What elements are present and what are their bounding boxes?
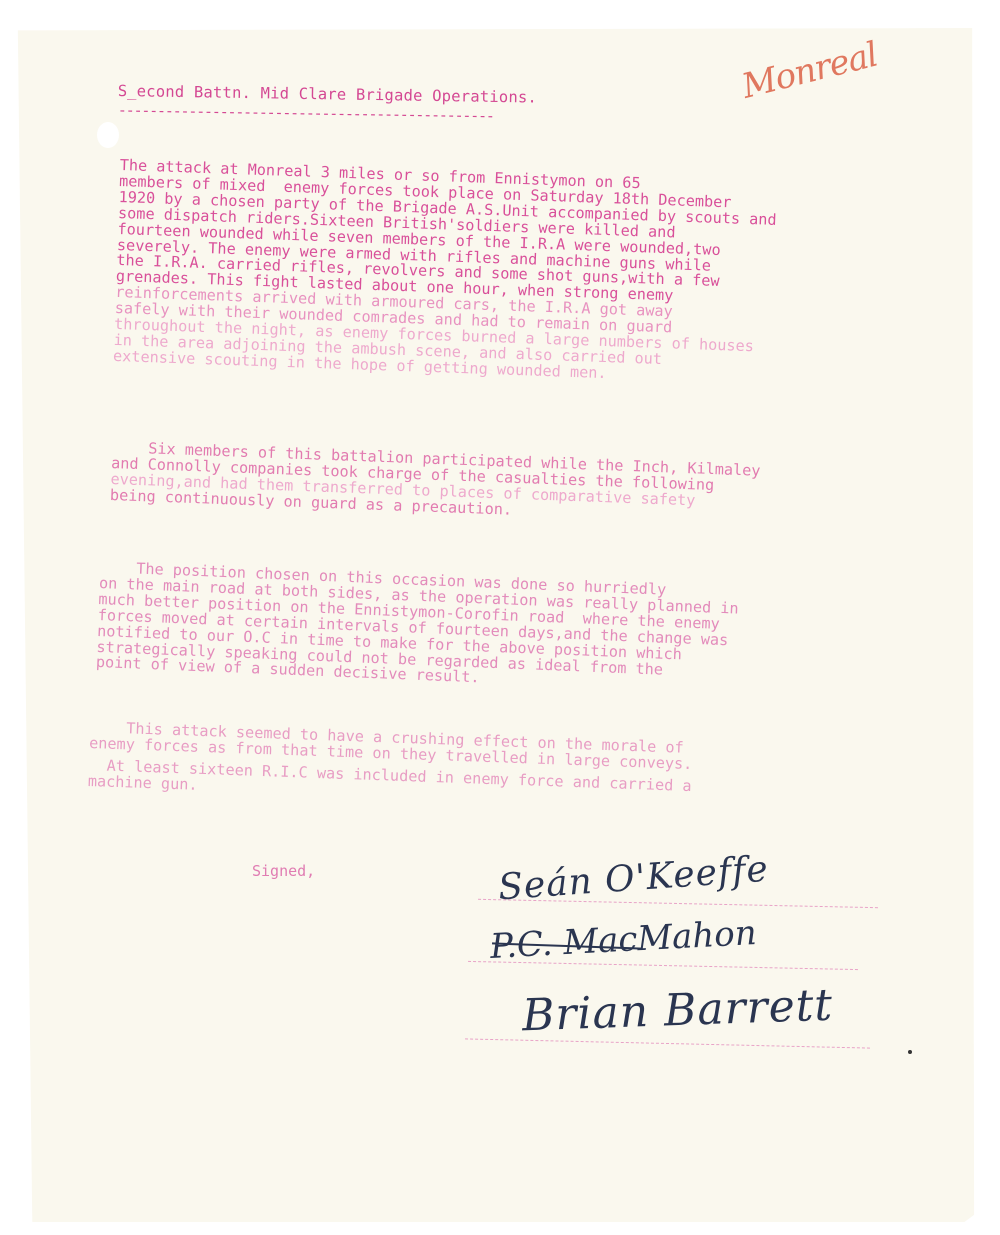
signature-3: Brian Barrett [521, 980, 834, 1042]
ink-dot [908, 1050, 912, 1054]
signed-label: Signed, [252, 862, 315, 880]
punch-hole [97, 122, 119, 148]
paragraph-attack-summary: The attack at Monreal 3 miles or so from… [113, 158, 778, 388]
